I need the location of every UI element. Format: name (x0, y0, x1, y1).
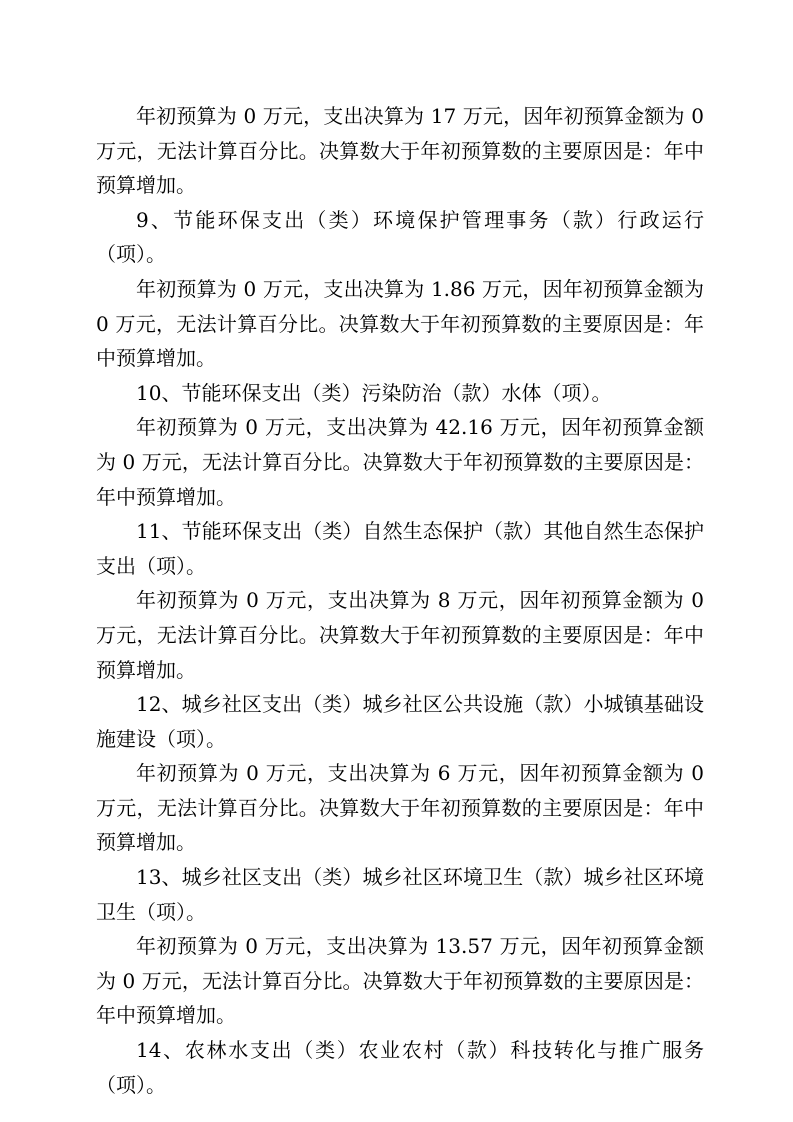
item-heading-10: 10、节能环保支出（类）污染防治（款）水体（项）。 (96, 376, 704, 411)
document-text-block: 年初预算为 0 万元，支出决算为 17 万元，因年初预算金额为 0 万元，无法计… (96, 99, 704, 1102)
item-heading-11: 11、节能环保支出（类）自然生态保护（款）其他自然生态保护支出（项）。 (96, 514, 704, 583)
paragraph-budget-detail-item12: 年初预算为 0 万元，支出决算为 6 万元，因年初预算金额为 0 万元，无法计算… (96, 756, 704, 860)
document-page: 年初预算为 0 万元，支出决算为 17 万元，因年初预算金额为 0 万元，无法计… (0, 0, 793, 1122)
item-heading-13: 13、城乡社区支出（类）城乡社区环境卫生（款）城乡社区环境卫生（项）。 (96, 860, 704, 929)
item-heading-14: 14、农林水支出（类）农业农村（款）科技转化与推广服务（项）。 (96, 1033, 704, 1102)
paragraph-budget-detail-item13: 年初预算为 0 万元，支出决算为 13.57 万元，因年初预算金额为 0 万元，… (96, 929, 704, 1033)
paragraph-budget-detail-item10: 年初预算为 0 万元，支出决算为 42.16 万元，因年初预算金额为 0 万元，… (96, 410, 704, 514)
item-heading-12: 12、城乡社区支出（类）城乡社区公共设施（款）小城镇基础设施建设（项）。 (96, 687, 704, 756)
paragraph-budget-detail-item8: 年初预算为 0 万元，支出决算为 17 万元，因年初预算金额为 0 万元，无法计… (96, 99, 704, 203)
paragraph-budget-detail-item11: 年初预算为 0 万元，支出决算为 8 万元，因年初预算金额为 0 万元，无法计算… (96, 583, 704, 687)
item-heading-9: 9、节能环保支出（类）环境保护管理事务（款）行政运行（项）。 (96, 203, 704, 272)
paragraph-budget-detail-item9: 年初预算为 0 万元，支出决算为 1.86 万元，因年初预算金额为 0 万元，无… (96, 272, 704, 376)
